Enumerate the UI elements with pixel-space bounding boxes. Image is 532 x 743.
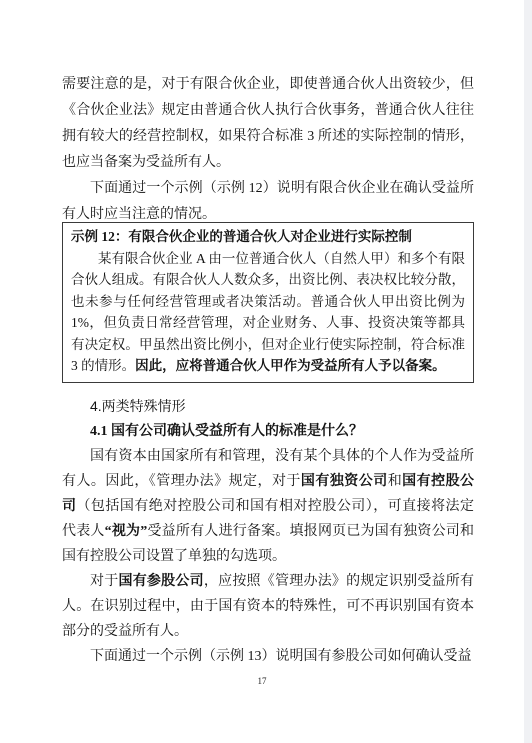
heading-section-4: 4.两类特殊情形 [90,394,474,419]
viewer-right-edge [524,0,532,743]
lower-text-block: 4.两类特殊情形 4.1 国有公司确认受益所有人的标准是什么？ 国有资本由国家所… [62,394,474,669]
paragraph-state-invested-companies: 对于国有参股公司，应按照《管理办法》的规定识别受益所有人。在识别过程中，由于国有… [62,569,474,644]
example-12-box: 示例 12：有限合伙企业的普通合伙人对企业进行实际控制 某有限合伙企业 A 由一… [62,222,474,383]
heading-section-4-1: 4.1 国有公司确认受益所有人的标准是什么？ [90,419,474,444]
document-page: 需要注意的是，对于有限合伙企业，即使普通合伙人出资较少，但《合伙企业法》规定由普… [0,0,532,743]
paragraph-example-intro: 下面通过一个示例（示例 12）说明有限合伙企业在确认受益所有人时应当注意的情况。 [62,176,474,228]
example-12-body: 某有限合伙企业 A 由一位普通合伙人（自然人甲）和多个有限合伙人组成。有限合伙人… [71,248,465,377]
paragraph-limited-partnership: 需要注意的是，对于有限合伙企业，即使普通合伙人出资较少，但《合伙企业法》规定由普… [62,72,474,176]
paragraph-example-13-intro: 下面通过一个示例（示例 13）说明国有参股公司如何确认受益 [62,644,474,669]
page-number: 17 [62,676,462,686]
upper-text-block: 需要注意的是，对于有限合伙企业，即使普通合伙人出资较少，但《合伙企业法》规定由普… [62,72,474,228]
paragraph-state-owned-companies: 国有资本由国家所有和管理，没有某个具体的个人作为受益所有人。因此，《管理办法》规… [62,444,474,569]
example-12-title: 示例 12：有限合伙企业的普通合伙人对企业进行实际控制 [71,226,465,248]
